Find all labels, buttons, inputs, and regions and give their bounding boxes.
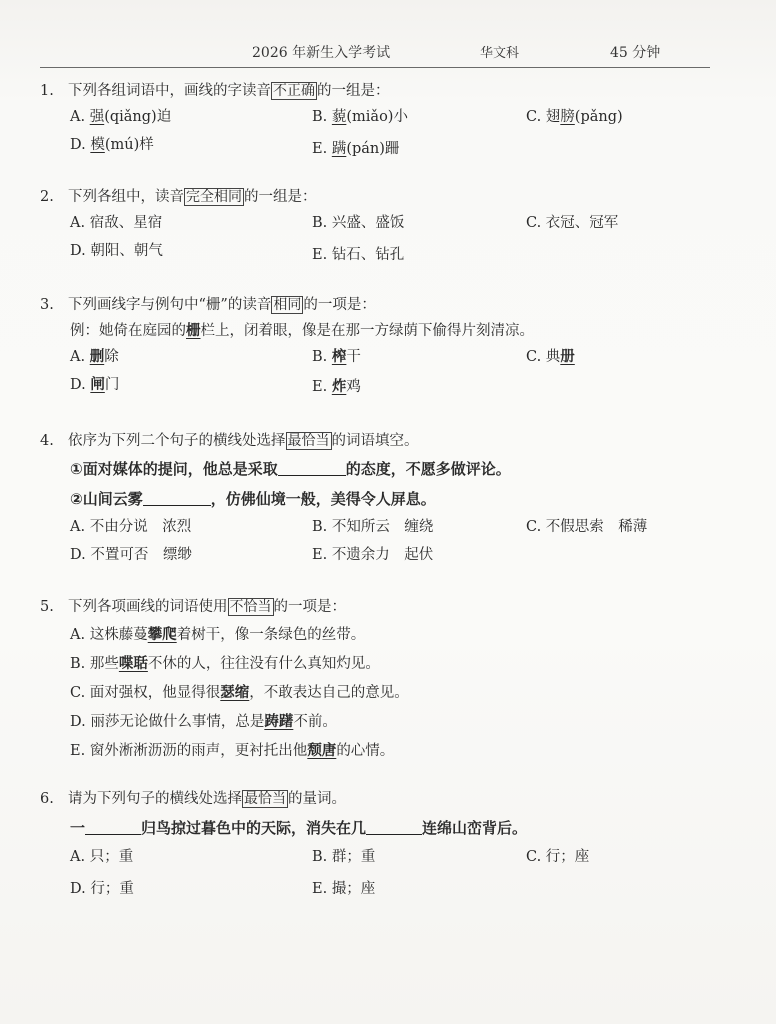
question-stem: 3.下列画线字与例句中“栅”的读音相同的一项是： [40,292,740,318]
option-d[interactable]: D. 闸门 [70,372,119,398]
option-c[interactable]: C. 面对强权，他显得很瑟缩，不敢表达自己的意见。 [70,678,740,707]
question-number: 1. [40,78,68,104]
option-row: A. 宿敌、星宿 B. 兴盛、盛饭 C. 衣冠、冠军 [70,210,740,238]
option-row: A. 只；重 B. 群；重 C. 行；座 [70,844,740,876]
fill-sentence-1: ①面对媒体的提问，他总是采取的态度，不愿多做评论。 [70,454,740,484]
stem-text: 的一项是： [274,599,347,615]
stem-text: 下列各组中，读音 [68,189,184,205]
option-row: D. 不置可否 缥缈 E. 不遗余力 起伏 [70,542,740,570]
stem-text: 的一项是： [303,297,376,313]
option-b[interactable]: B. 群；重 [312,844,375,870]
option-row: D. 朝阳、朝气 E. 钻石、钻孔 [70,238,740,266]
stem-text: 的量词。 [288,791,346,807]
emphasis-box: 不正确 [271,82,317,100]
question-number: 6. [40,786,68,812]
emphasis-box: 最恰当 [242,790,288,808]
option-c[interactable]: C. 不假思索 稀薄 [526,514,647,540]
example-sentence: 例：她倚在庭园的栅栏上，闭着眼，像是在那一方绿荫下偷得片刻清凉。 [70,318,740,344]
fill-sentence: 一归鸟掠过暮色中的天际，消失在几连绵山峦背后。 [70,812,740,844]
option-row: A. 不由分说 浓烈 B. 不知所云 缠绕 C. 不假思索 稀薄 [70,514,740,542]
blank-2[interactable] [143,490,211,506]
stem-text: 下列各项画线的词语使用 [68,599,228,615]
emphasis-box: 完全相同 [184,188,244,206]
stem-text: 下列画线字与例句中“栅”的读音 [68,297,271,313]
exam-duration: 45 分钟 [610,42,660,62]
question-number: 2. [40,184,68,210]
option-c[interactable]: C. 翅膀(pǎng) [526,104,623,130]
question-2: 2.下列各组中，读音完全相同的一组是： A. 宿敌、星宿 B. 兴盛、盛饭 C.… [40,184,740,266]
option-a[interactable]: A. 强(qiǎng)迫 [70,104,171,130]
option-e[interactable]: E. 窗外淅淅沥沥的雨声，更衬托出他颓唐的心情。 [70,736,740,765]
blank-2[interactable] [366,819,422,835]
emphasis-box: 最恰当 [286,432,332,450]
blank-1[interactable] [278,460,346,476]
question-stem: 4.依序为下列二个句子的横线处选择最恰当的词语填空。 [40,428,740,454]
question-number: 3. [40,292,68,318]
option-b[interactable]: B. 藐(miǎo)小 [312,104,408,130]
option-row: A. 强(qiǎng)迫 B. 藐(miǎo)小 C. 翅膀(pǎng) [70,104,740,132]
option-a[interactable]: A. 宿敌、星宿 [70,210,162,236]
option-b[interactable]: B. 兴盛、盛饭 [312,210,404,236]
option-e[interactable]: E. 钻石、钻孔 [312,242,404,268]
option-a[interactable]: A. 不由分说 浓烈 [70,514,191,540]
question-stem: 6.请为下列句子的横线处选择最恰当的量词。 [40,786,740,812]
stem-text: 的一组是： [317,83,390,99]
emphasis-box: 不恰当 [228,598,274,616]
blank-1[interactable] [85,819,141,835]
question-5: 5.下列各项画线的词语使用不恰当的一项是： A. 这株藤蔓攀爬着树干，像一条绿色… [40,594,740,765]
question-number: 4. [40,428,68,454]
option-e[interactable]: E. 炸鸡 [312,374,361,400]
exam-subject: 华文科 [480,42,519,61]
stem-text: 依序为下列二个句子的横线处选择 [68,433,286,449]
stem-text: 请为下列句子的横线处选择 [68,791,242,807]
option-d[interactable]: D. 丽莎无论做什么事情，总是踌躇不前。 [70,707,740,736]
exam-title: 2026 年新生入学考试 [252,42,390,62]
stem-text: 的一组是： [244,189,317,205]
fill-sentence-2: ②山间云雾，仿佛仙境一般，美得令人屏息。 [70,484,740,514]
option-a[interactable]: A. 这株藤蔓攀爬着树干，像一条绿色的丝带。 [70,620,740,649]
option-c[interactable]: C. 典册 [526,344,575,370]
question-1: 1.下列各组词语中，画线的字读音不正确的一组是： A. 强(qiǎng)迫 B.… [40,78,740,160]
question-4: 4.依序为下列二个句子的横线处选择最恰当的词语填空。 ①面对媒体的提问，他总是采… [40,428,740,570]
option-row: D. 闸门 E. 炸鸡 [70,372,740,400]
option-row: A. 删除 B. 榨干 C. 典册 [70,344,740,372]
option-c[interactable]: C. 行；座 [526,844,589,870]
option-c[interactable]: C. 衣冠、冠军 [526,210,618,236]
question-number: 5. [40,594,68,620]
option-row: D. 行；重 E. 撮；座 [70,876,740,904]
stem-text: 下列各组词语中，画线的字读音 [68,83,271,99]
exam-header: 2026 年新生入学考试 华文科 45 分钟 [40,38,710,68]
option-e[interactable]: E. 蹒(pán)跚 [312,136,399,162]
option-d[interactable]: D. 模(mú)样 [70,132,154,158]
option-b[interactable]: B. 不知所云 缠绕 [312,514,433,540]
option-d[interactable]: D. 不置可否 缥缈 [70,542,192,568]
option-d[interactable]: D. 行；重 [70,876,134,902]
option-b[interactable]: B. 榨干 [312,344,361,370]
question-stem: 1.下列各组词语中，画线的字读音不正确的一组是： [40,78,740,104]
question-stem: 5.下列各项画线的词语使用不恰当的一项是： [40,594,740,620]
option-row: D. 模(mú)样 E. 蹒(pán)跚 [70,132,740,160]
question-3: 3.下列画线字与例句中“栅”的读音相同的一项是： 例：她倚在庭园的栅栏上，闭着眼… [40,292,740,400]
option-b[interactable]: B. 那些喋聒不休的人，往往没有什么真知灼见。 [70,649,740,678]
emphasis-box: 相同 [271,296,303,314]
option-a[interactable]: A. 删除 [70,344,119,370]
option-e[interactable]: E. 撮；座 [312,876,375,902]
question-stem: 2.下列各组中，读音完全相同的一组是： [40,184,740,210]
exam-page: 2026 年新生入学考试 华文科 45 分钟 1.下列各组词语中，画线的字读音不… [0,0,776,1024]
stem-text: 的词语填空。 [332,433,419,449]
question-6: 6.请为下列句子的横线处选择最恰当的量词。 一归鸟掠过暮色中的天际，消失在几连绵… [40,786,740,904]
option-e[interactable]: E. 不遗余力 起伏 [312,542,433,568]
option-d[interactable]: D. 朝阳、朝气 [70,238,163,264]
option-a[interactable]: A. 只；重 [70,844,133,870]
